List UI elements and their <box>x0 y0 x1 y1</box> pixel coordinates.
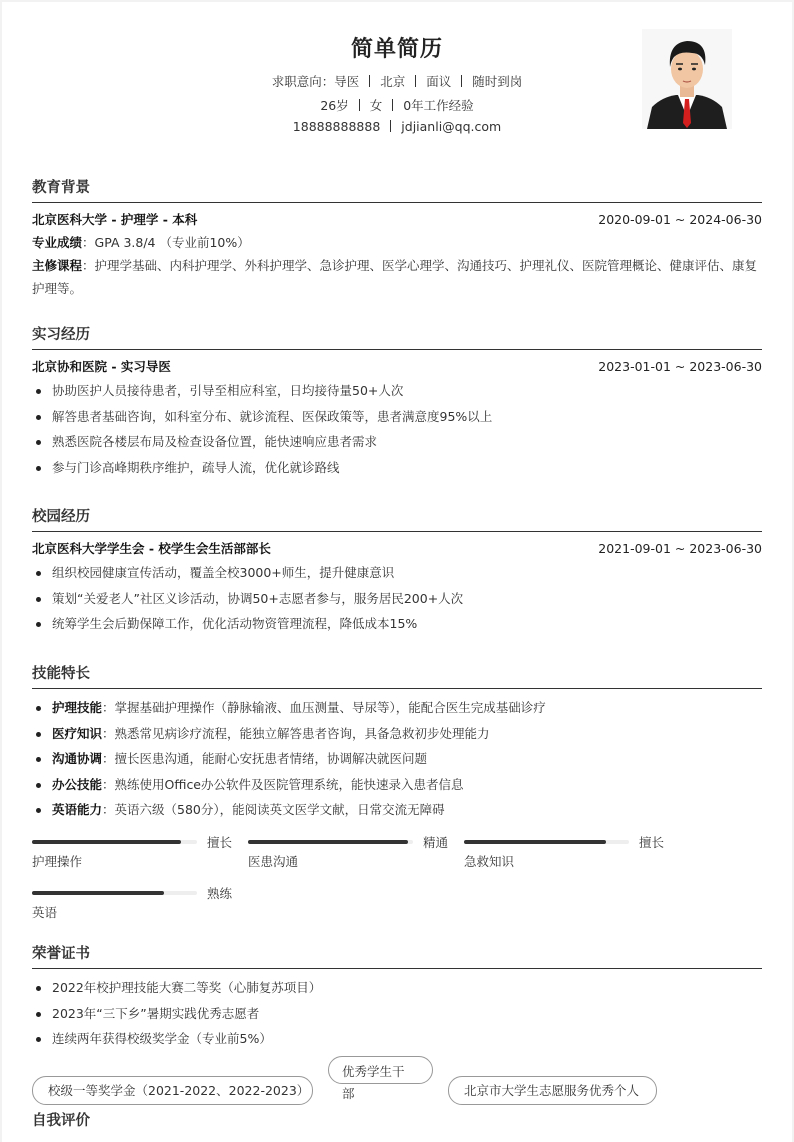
education-row: 北京医科大学 - 护理学 - 本科 2020-09-01 ~ 2024-06-3… <box>32 212 762 228</box>
gpa-label: 专业成绩 <box>32 235 82 250</box>
location: 北京 <box>380 74 405 89</box>
separator <box>359 99 360 111</box>
skill-level: 擅长 <box>207 833 232 851</box>
skill-label: 办公技能 <box>52 777 102 792</box>
separator <box>369 75 370 87</box>
section-title: 自我评价 <box>32 1109 762 1123</box>
list-item: 办公技能：熟练使用Office办公软件及医院管理系统，能快速录入患者信息 <box>32 772 762 798</box>
gpa-value: ：GPA 3.8/4 （专业前10%） <box>82 235 250 250</box>
self-eval-section: 自我评价 <box>32 1109 762 1123</box>
organization-position: 北京医科大学学生会 - 校学生会生活部部长 <box>32 541 271 557</box>
skill-name: 急救知识 <box>464 852 514 870</box>
skills-section: 技能特长 护理技能：掌握基础护理操作（静脉输液、血压测量、导尿等），能配合医生完… <box>32 662 762 823</box>
date-range: 2023-01-01 ~ 2023-06-30 <box>598 359 762 375</box>
phone: 18888888888 <box>293 119 380 134</box>
skill-text: ：英语六级（580分），能阅读英文医学文献，日常交流无障碍 <box>102 802 445 817</box>
skill-bar-track <box>32 891 197 895</box>
avatar <box>642 29 732 129</box>
internship-section: 实习经历 北京协和医院 - 实习导医 2023-01-01 ~ 2023-06-… <box>32 323 762 480</box>
separator <box>415 75 416 87</box>
job-intent: 求职意向：导医 <box>272 74 360 89</box>
skill-bar-fill <box>464 840 606 844</box>
courses-label: 主修课程 <box>32 258 82 273</box>
honors-section: 荣誉证书 2022年校护理技能大赛二等奖（心肺复苏项目） 2023年“三下乡”暑… <box>32 942 762 1052</box>
skill-level: 擅长 <box>639 833 664 851</box>
skill-label: 医疗知识 <box>52 726 102 741</box>
list-item: 协助医护人员接待患者，引导至相应科室，日均接待量50+人次 <box>32 378 762 404</box>
separator <box>390 120 391 132</box>
availability: 随时到岗 <box>472 74 522 89</box>
section-title: 实习经历 <box>32 323 762 350</box>
skill-level: 精通 <box>423 833 448 851</box>
courses-line: 主修课程：护理学基础、内科护理学、外科护理学、急诊护理、医学心理学、沟通技巧、护… <box>32 254 762 300</box>
email: jdjianli@qq.com <box>401 119 501 134</box>
skill-bar-track <box>32 840 197 844</box>
section-title: 技能特长 <box>32 662 762 689</box>
campus-section: 校园经历 北京医科大学学生会 - 校学生会生活部部长 2021-09-01 ~ … <box>32 505 762 637</box>
date-range: 2021-09-01 ~ 2023-06-30 <box>598 541 762 557</box>
skill-text: ：熟练使用Office办公软件及医院管理系统，能快速录入患者信息 <box>102 777 464 792</box>
honor-tag: 优秀学生干部 <box>328 1056 433 1084</box>
salary: 面议 <box>426 74 451 89</box>
gpa-line: 专业成绩：GPA 3.8/4 （专业前10%） <box>32 231 762 254</box>
list-item: 英语能力：英语六级（580分），能阅读英文医学文献，日常交流无障碍 <box>32 797 762 823</box>
age: 26岁 <box>320 98 348 113</box>
list-item: 统筹学生会后勤保障工作，优化活动物资管理流程，降低成本15% <box>32 611 762 637</box>
resume-header: 简单简历 求职意向：导医北京面议随时到岗 26岁女0年工作经验 18888888… <box>32 2 762 162</box>
school-major-degree: 北京医科大学 - 护理学 - 本科 <box>32 212 197 228</box>
list-item: 参与门诊高峰期秩序维护，疏导人流，优化就诊路线 <box>32 455 762 481</box>
skill-bar-fill <box>32 891 164 895</box>
list-item: 策划“关爱老人”社区义诊活动，协调50+志愿者参与，服务居民200+人次 <box>32 586 762 612</box>
honor-tag: 北京市大学生志愿服务优秀个人 <box>448 1076 657 1105</box>
section-title: 教育背景 <box>32 176 762 203</box>
list-item: 医疗知识：熟悉常见病诊疗流程，能独立解答患者咨询，具备急救初步处理能力 <box>32 721 762 747</box>
list-item: 解答患者基础咨询，如科室分布、就诊流程、医保政策等，患者满意度95%以上 <box>32 404 762 430</box>
skill-name: 护理操作 <box>32 852 82 870</box>
list-item: 2023年“三下乡”暑期实践优秀志愿者 <box>32 1001 762 1027</box>
skill-name: 医患沟通 <box>248 852 298 870</box>
honors-list: 2022年校护理技能大赛二等奖（心肺复苏项目） 2023年“三下乡”暑期实践优秀… <box>32 975 762 1052</box>
honor-tag: 校级一等奖学金（2021-2022、2022-2023） <box>32 1076 313 1105</box>
skill-bar-fill <box>32 840 181 844</box>
skill-bar-track <box>248 840 413 844</box>
date-range: 2020-09-01 ~ 2024-06-30 <box>598 212 762 228</box>
skill-label: 英语能力 <box>52 802 102 817</box>
skill-text: ：熟悉常见病诊疗流程，能独立解答患者咨询，具备急救初步处理能力 <box>102 726 490 741</box>
company-position: 北京协和医院 - 实习导医 <box>32 359 171 375</box>
separator <box>461 75 462 87</box>
courses-value: ：护理学基础、内科护理学、外科护理学、急诊护理、医学心理学、沟通技巧、护理礼仪、… <box>32 258 757 296</box>
list-item: 连续两年获得校级奖学金（专业前5%） <box>32 1026 762 1052</box>
list-item: 护理技能：掌握基础护理操作（静脉输液、血压测量、导尿等），能配合医生完成基础诊疗 <box>32 695 762 721</box>
separator <box>392 99 393 111</box>
campus-list: 组织校园健康宣传活动，覆盖全校3000+师生，提升健康意识 策划“关爱老人”社区… <box>32 560 762 637</box>
list-item: 2022年校护理技能大赛二等奖（心肺复苏项目） <box>32 975 762 1001</box>
section-title: 校园经历 <box>32 505 762 532</box>
avatar-illustration-icon <box>642 29 732 129</box>
skill-label: 护理技能 <box>52 700 102 715</box>
skill-bar-track <box>464 840 629 844</box>
list-item: 组织校园健康宣传活动，覆盖全校3000+师生，提升健康意识 <box>32 560 762 586</box>
education-section: 教育背景 北京医科大学 - 护理学 - 本科 2020-09-01 ~ 2024… <box>32 176 762 300</box>
skills-list: 护理技能：掌握基础护理操作（静脉输液、血压测量、导尿等），能配合医生完成基础诊疗… <box>32 695 762 823</box>
skill-text: ：擅长医患沟通，能耐心安抚患者情绪，协调解决就医问题 <box>102 751 427 766</box>
honor-tag-text: 优秀学生干部 <box>342 1061 410 1105</box>
section-title: 荣誉证书 <box>32 942 762 969</box>
skill-text: ：掌握基础护理操作（静脉输液、血压测量、导尿等），能配合医生完成基础诊疗 <box>102 700 546 715</box>
experience: 0年工作经验 <box>403 98 473 113</box>
campus-row: 北京医科大学学生会 - 校学生会生活部部长 2021-09-01 ~ 2023-… <box>32 541 762 557</box>
list-item: 沟通协调：擅长医患沟通，能耐心安抚患者情绪，协调解决就医问题 <box>32 746 762 772</box>
skill-label: 沟通协调 <box>52 751 102 766</box>
skill-bar-fill <box>248 840 408 844</box>
gender: 女 <box>370 98 383 113</box>
internship-list: 协助医护人员接待患者，引导至相应科室，日均接待量50+人次 解答患者基础咨询，如… <box>32 378 762 480</box>
internship-row: 北京协和医院 - 实习导医 2023-01-01 ~ 2023-06-30 <box>32 359 762 375</box>
list-item: 熟悉医院各楼层布局及检查设备位置，能快速响应患者需求 <box>32 429 762 455</box>
skill-name: 英语 <box>32 903 57 921</box>
resume-page: 简单简历 求职意向：导医北京面议随时到岗 26岁女0年工作经验 18888888… <box>2 2 792 1123</box>
skill-level: 熟练 <box>207 884 232 902</box>
